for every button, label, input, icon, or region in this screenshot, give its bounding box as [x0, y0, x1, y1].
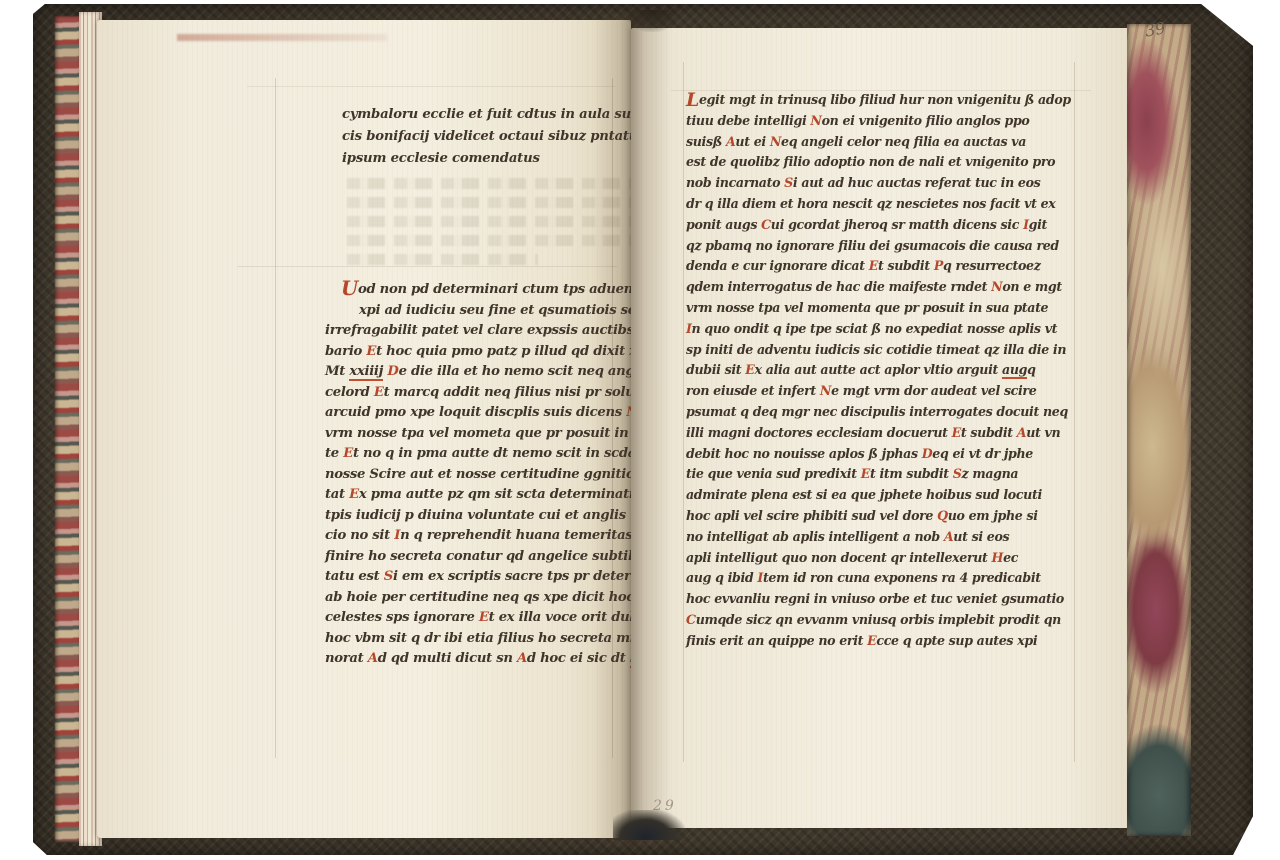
gutter-binding-top	[625, 10, 679, 32]
ink-text: on ei vnigenito filio anglos ppo	[822, 113, 1030, 128]
show-through-line	[347, 254, 538, 265]
rubricated-text: P	[934, 258, 943, 273]
rubricated-text: E	[952, 425, 961, 440]
ink-text: t no q in pma autte dt nemo scit in scda…	[353, 446, 672, 461]
ink-text: suisß	[686, 134, 726, 149]
ink-text: finis erit an quippe no erit	[686, 633, 867, 648]
rubricated-text: S	[953, 466, 962, 481]
manuscript-line: tat Ex pma autte pz qm sit scta determin…	[325, 485, 663, 506]
ink-text: e mgt vrm dor audeat vel scire	[831, 383, 1036, 398]
ink-text: n quo ondit q ipe tpe sciat ß no expedia…	[692, 321, 1058, 336]
ink-text: x alia aut autte act aplor vltio arguit	[755, 362, 1002, 377]
ink-text: t marcq addit neq filius nisi pr solus	[384, 385, 646, 400]
manuscript-line: ab hoie per certitudine neq qs xpe dicit…	[325, 588, 663, 609]
ink-text: q	[1027, 362, 1035, 377]
ink-text: d qd multi dicut sn	[378, 651, 517, 666]
manuscript-line: bario Et hoc quia pmo patz p illud qd di…	[325, 342, 663, 363]
ink-text: arcuid pmo xpe loquit discplis suis dice…	[325, 405, 626, 420]
ink-text: cio no sit	[325, 528, 394, 543]
ink-text: ipsum ecclesie comendatus	[342, 151, 540, 166]
ink-text: illi magni doctores ecclesiam docuerut	[686, 425, 952, 440]
manuscript-line: apli intelligut quo non docent qr intell…	[686, 548, 1070, 569]
ink-text: est de quolibz filio adoptio non de nali…	[686, 154, 1055, 169]
ink-text: t itm subdit	[870, 466, 953, 481]
manuscript-page-left: cymbaloru ecclie et fuit cdtus in aula s…	[97, 20, 631, 838]
ink-text: tie que venia sud predixit	[686, 466, 861, 481]
ink-text: egit mgt in trinusq libo filiud hur non …	[699, 92, 1071, 107]
ink-text: celestes sps ignorare	[325, 610, 479, 625]
ink-text: tat	[325, 487, 349, 502]
ink-text: dr q illa diem et hora nescit qz nesciet…	[686, 196, 1055, 211]
rubricated-text: N	[770, 134, 781, 149]
ink-text: q resurrectoez	[943, 258, 1041, 273]
manuscript-line: te Et no q in pma autte dt nemo scit in …	[325, 444, 663, 465]
manuscript-line: celestes sps ignorare Et ex illa voce or…	[325, 608, 663, 629]
rubricated-text: N	[820, 383, 831, 398]
page-top-edge-stain	[177, 34, 387, 41]
manuscript-line: In quo ondit q ipe tpe sciat ß no expedi…	[686, 319, 1070, 340]
manuscript-line: arcuid pmo xpe loquit discplis suis dice…	[325, 403, 663, 424]
rubricated-text: E	[479, 610, 489, 625]
show-through-line	[347, 178, 667, 189]
ink-text: qz pbamq no ignorare filiu dei gsumacois…	[686, 238, 1059, 253]
folio-number: 39	[1144, 18, 1167, 40]
manuscript-line: qz pbamq no ignorare filiu dei gsumacois…	[686, 236, 1070, 257]
manuscript-line: Mt xxiiij De die illa et ho nemo scit ne…	[325, 362, 663, 383]
ink-text: ponit augs	[686, 217, 761, 232]
manuscript-line: psumat q deq mgr nec discipulis interrog…	[686, 402, 1070, 423]
rubricated-text: D	[922, 446, 933, 461]
ink-text: ron eiusde et infert	[686, 383, 820, 398]
show-through-line	[347, 216, 664, 227]
rubricated-text: E	[349, 487, 359, 502]
ink-text: irrefragabilit patet vel clare expssis a…	[325, 323, 669, 338]
ink-text: cce q apte sup autes xpi	[876, 633, 1037, 648]
manuscript-page-right: Legit mgt in trinusq libo filiud hur non…	[631, 28, 1131, 828]
ink-text: ut ei	[735, 134, 769, 149]
ruling-line-vertical	[1074, 62, 1075, 762]
manuscript-line: dubii sit Ex alia aut autte act aplor vl…	[686, 360, 1070, 381]
manuscript-line: nob incarnato Si aut ad huc auctas refer…	[686, 173, 1070, 194]
rubricated-text: A	[368, 651, 378, 666]
ink-text: tatu est	[325, 569, 384, 584]
manuscript-line: Cumqde sicz qn evvanm vniusq orbis imple…	[686, 610, 1070, 631]
ink-text: sp initi de adventu iudicis sic cotidie …	[686, 342, 1066, 357]
rubricated-text: N	[810, 113, 821, 128]
manuscript-line: vrm nosse tpa vel momenta que pr posuit …	[686, 298, 1070, 319]
manuscript-line: debit hoc no nouisse aplos ß jphas Deq e…	[686, 444, 1070, 465]
ruling-line-vertical	[683, 62, 684, 762]
ink-text: no intelligat ab aplis intelligent a nob	[686, 529, 944, 544]
manuscript-line: nosse Scire aut et nosse certitudine ggn…	[325, 465, 663, 486]
rubricated-text: A	[1017, 425, 1026, 440]
ink-text: git	[1029, 217, 1047, 232]
ink-text: t hoc quia pmo patz p illud qd dixit xpe	[376, 344, 654, 359]
ink-text: norat	[325, 651, 368, 666]
rubricated-text: U	[341, 276, 358, 300]
rubricated-text: C	[686, 612, 696, 627]
manuscript-line: illi magni doctores ecclesiam docuerut E…	[686, 423, 1070, 444]
rubricated-text: Q	[937, 508, 948, 523]
rubricated-text: E	[861, 466, 870, 481]
manuscript-line: norat Ad qd multi dicut sn Ad hoc ei sic…	[325, 649, 663, 670]
manuscript-line: tpis iudicij p diuina voluntate cui et a…	[325, 506, 663, 527]
rubricated-text: E	[869, 258, 878, 273]
show-through-line	[347, 197, 674, 208]
rubricated-text: E	[867, 633, 876, 648]
manuscript-line: dr q illa diem et hora nescit qz nesciet…	[686, 194, 1070, 215]
marbled-endpaper-left-edge	[55, 16, 82, 842]
manuscript-line: celord Et marcq addit neq filius nisi pr…	[325, 383, 663, 404]
rubricated-text: xxiiij	[349, 364, 383, 381]
ink-text: te	[325, 446, 343, 461]
rubricated-text: S	[384, 569, 393, 584]
rubricated-text: aug	[1002, 362, 1027, 379]
ink-text: ec	[1003, 550, 1018, 565]
manuscript-line: hoc evvanliu regni in vniuso orbe et tuc…	[686, 589, 1070, 610]
manuscript-line: sp initi de adventu iudicis sic cotidie …	[686, 340, 1070, 361]
manuscript-line: Legit mgt in trinusq libo filiud hur non…	[686, 90, 1070, 111]
manuscript-line: finire ho secreta conatur qd angelice su…	[325, 547, 663, 568]
ink-text: i aut ad huc auctas referat tuc in eos	[793, 175, 1040, 190]
manuscript-line: xpi ad iudiciu seu fine et qsumatiois sc…	[325, 301, 663, 322]
manuscript-line: cio no sit In q reprehendit huana temeri…	[325, 526, 663, 547]
rubricated-text: A	[726, 134, 735, 149]
manuscript-line: ron eiusde et infert Ne mgt vrm dor aude…	[686, 381, 1070, 402]
left-page-main-paragraph: Uod non pd determinari ctum tps aduentus…	[325, 280, 663, 670]
ink-text: denda e cur ignorare dicat	[686, 258, 869, 273]
ink-text: eq ei vt dr jphe	[932, 446, 1033, 461]
ink-text: apli intelligut quo non docent qr intell…	[686, 550, 992, 565]
ink-text: e die illa et ho nemo scit neq angeli	[399, 364, 652, 379]
manuscript-line: Uod non pd determinari ctum tps aduentus	[325, 280, 663, 301]
ink-text: d hoc ei sic dt	[527, 651, 630, 666]
rubricated-text: C	[761, 217, 771, 232]
ink-text: t subdit	[961, 425, 1017, 440]
show-through-text	[347, 178, 677, 273]
ink-text: z magna	[962, 466, 1019, 481]
manuscript-line: no intelligat ab aplis intelligent a nob…	[686, 527, 1070, 548]
manuscript-line: cis bonifacij videlicet octaui sibuz pnt…	[342, 126, 674, 148]
ink-text: nob incarnato	[686, 175, 784, 190]
ink-text: tem id ron cuna exponens ra 4 predicabit	[763, 570, 1041, 585]
manuscript-line: aug q ibid Item id ron cuna exponens ra …	[686, 568, 1070, 589]
ink-text: hoc evvanliu regni in vniuso orbe et tuc…	[686, 591, 1064, 606]
manuscript-line: ponit augs Cui gcordat jheroq sr matth d…	[686, 215, 1070, 236]
ink-text: t subdit	[878, 258, 934, 273]
ruling-line-horizontal	[247, 86, 615, 87]
ink-text: on e mgt	[1002, 279, 1062, 294]
gutter-binding-bottom	[613, 810, 685, 840]
ink-text: tiuu debe intelligi	[686, 113, 810, 128]
ink-text: tpis iudicij p diuina voluntate cui et a…	[325, 508, 675, 523]
rubricated-text: N	[991, 279, 1002, 294]
ink-text: hoc apli vel scire phibiti sud vel dore	[686, 508, 937, 523]
manuscript-line: est de quolibz filio adoptio non de nali…	[686, 152, 1070, 173]
book-binding-leather: cymbaloru ecclie et fuit cdtus in aula s…	[33, 4, 1253, 855]
ink-text: ut si eos	[953, 529, 1009, 544]
manuscript-line: denda e cur ignorare dicat Et subdit Pq …	[686, 256, 1070, 277]
manuscript-line: vrm nosse tpa vel mometa que pr posuit i…	[325, 424, 663, 445]
rubricated-text: S	[784, 175, 793, 190]
ink-text: psumat q deq mgr nec discipulis interrog…	[686, 404, 1068, 419]
manuscript-line: cymbaloru ecclie et fuit cdtus in aula s…	[342, 104, 674, 126]
manuscript-line: irrefragabilit patet vel clare expssis a…	[325, 321, 663, 342]
ink-text: debit hoc no nouisse aplos ß jphas	[686, 446, 922, 461]
rubricated-text: L	[686, 89, 699, 111]
ink-text: eq angeli celor neq filia ea auctas va	[781, 134, 1026, 149]
rubricated-text: E	[745, 362, 754, 377]
ink-text: umqde sicz qn evvanm vniusq orbis impleb…	[696, 612, 1061, 627]
ink-text: Mt	[325, 364, 349, 379]
ink-text: ui gcordat jheroq sr matth dicens sic	[771, 217, 1023, 232]
rubricated-text: H	[992, 550, 1004, 565]
rubricated-text: E	[366, 344, 376, 359]
ink-text: bario	[325, 344, 366, 359]
ink-text: uo em jphe si	[948, 508, 1038, 523]
left-page-paragraph-end: cymbaloru ecclie et fuit cdtus in aula s…	[342, 104, 674, 170]
rubricated-text: D	[387, 364, 398, 379]
manuscript-line: tie que venia sud predixit Et itm subdit…	[686, 464, 1070, 485]
pencil-page-number: 29	[653, 798, 677, 814]
manuscript-line: ipsum ecclesie comendatus	[342, 148, 674, 170]
ink-text: od non pd determinari ctum tps aduentus	[358, 282, 655, 297]
manuscript-line: hoc apli vel scire phibiti sud vel dore …	[686, 506, 1070, 527]
rubricated-text: A	[944, 529, 953, 544]
rubricated-text: A	[517, 651, 527, 666]
ink-text: aug q ibid	[686, 570, 757, 585]
manuscript-line: qdem interrogatus de hac die maifeste rn…	[686, 277, 1070, 298]
ink-text: qdem interrogatus de hac die maifeste rn…	[686, 279, 991, 294]
ink-text: xpi ad iudiciu seu fine et qsumatiois sc…	[359, 303, 645, 318]
manuscript-line: hoc vbm sit q dr ibi etia filius ho secr…	[325, 629, 663, 650]
manuscript-line: admirate plena est si ea que jphete hoib…	[686, 485, 1070, 506]
ink-text: admirate plena est si ea que jphete hoib…	[686, 487, 1042, 502]
manuscript-line: tiuu debe intelligi Non ei vnigenito fil…	[686, 111, 1070, 132]
marbled-endpaper-right	[1127, 24, 1191, 836]
rubricated-text: E	[374, 385, 384, 400]
ink-text: vrm nosse tpa vel momenta que pr posuit …	[686, 300, 1048, 315]
manuscript-line: tatu est Si em ex scriptis sacre tps pr …	[325, 567, 663, 588]
show-through-line	[347, 235, 654, 246]
ruling-line-vertical	[275, 78, 276, 758]
rubricated-text: E	[343, 446, 353, 461]
ink-text: ut vn	[1026, 425, 1060, 440]
right-page-text: Legit mgt in trinusq libo filiud hur non…	[686, 90, 1070, 652]
manuscript-line: suisß Aut ei Neq angeli celor neq filia …	[686, 132, 1070, 153]
ink-text: celord	[325, 385, 374, 400]
ink-text: dubii sit	[686, 362, 745, 377]
manuscript-line: finis erit an quippe no erit Ecce q apte…	[686, 631, 1070, 652]
